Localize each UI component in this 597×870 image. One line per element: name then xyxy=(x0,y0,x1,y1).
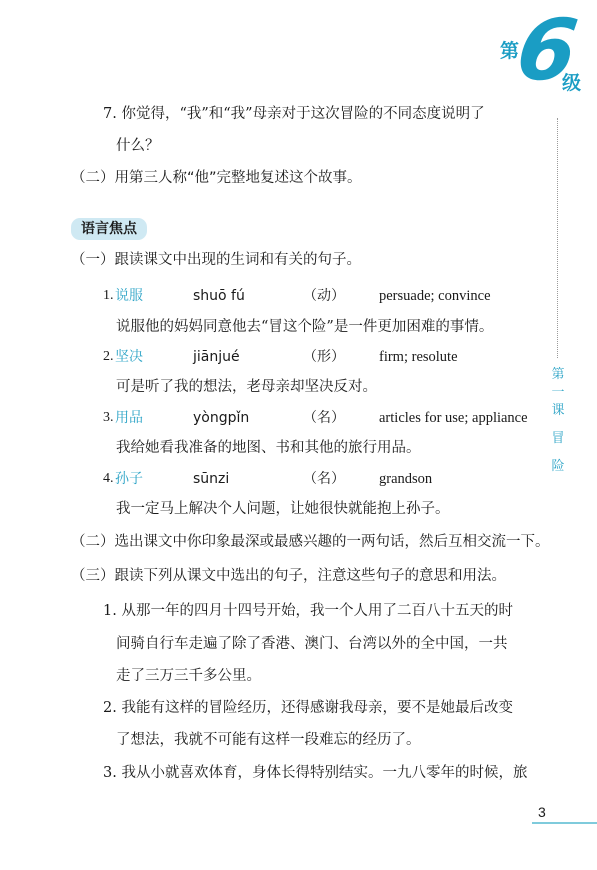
part3-label: （三） xyxy=(71,568,115,584)
side-dotted-divider xyxy=(557,118,558,358)
sentence-2-line2: 了想法，我就不可能有这样一段难忘的经历了。 xyxy=(116,730,421,750)
vocab-part-of-speech: （名） xyxy=(303,469,345,489)
vocab-example: 可是听了我的想法，老母亲却坚决反对。 xyxy=(116,377,377,397)
vocab-pinyin: sūnzi xyxy=(193,469,229,489)
sentence-1-line2: 间骑自行车走遍了除了香港、澳门、台湾以外的全中国，一共 xyxy=(116,634,508,654)
vocab-item: 4. 孙子 sūnzi （名） grandson xyxy=(103,469,523,489)
vocab-item: 2. 坚决 jiānjué （形） firm; resolute xyxy=(103,347,523,367)
retell-label: （二） xyxy=(71,170,115,186)
vocab-english: firm; resolute xyxy=(379,347,458,367)
vocab-part-of-speech: （名） xyxy=(303,408,345,428)
vocab-item: 3. 用品 yòngpǐn （名） articles for use; appl… xyxy=(103,408,533,428)
vocab-example: 说服他的妈妈同意他去“冒这个险”是一件更加困难的事情。 xyxy=(116,317,493,337)
vocab-english: grandson xyxy=(379,469,432,489)
level-suffix: 级 xyxy=(562,68,581,95)
level-badge: 第 6 级 xyxy=(500,6,597,116)
side-label-char: 险 xyxy=(549,456,567,478)
vocab-number: 1. xyxy=(103,286,114,306)
sentence-2-line1: 2. 我能有这样的冒险经历，还得感谢我母亲，要不是她最后改变 xyxy=(103,698,513,718)
vocab-pinyin: shuō fú xyxy=(193,286,245,306)
vocab-word: 坚决 xyxy=(115,347,143,367)
textbook-page: 第 6 级 第 一 课 冒 险 7. 你觉得，“我”和“我”母亲对于这次冒险的不… xyxy=(0,0,597,870)
part1-text: 跟读课文中出现的生词和有关的句子。 xyxy=(115,252,362,268)
vocab-pinyin: jiānjué xyxy=(193,347,240,367)
part2-label: （二） xyxy=(71,534,115,550)
sentence-3-line1: 3. 我从小就喜欢体育，身体长得特别结实。一九八零年的时候，旅 xyxy=(103,763,527,783)
vocab-word: 说服 xyxy=(115,286,143,306)
vocab-word: 孙子 xyxy=(115,469,143,489)
side-label-char: 第 xyxy=(549,364,567,386)
side-label-char: 一 xyxy=(549,386,567,400)
vocab-english: articles for use; appliance xyxy=(379,408,528,428)
sentence-1-line3: 走了三万三千多公里。 xyxy=(116,666,261,686)
vocab-word: 用品 xyxy=(115,408,143,428)
page-number: 3 xyxy=(538,804,546,820)
lesson-side-label: 第 一 课 冒 险 xyxy=(549,364,567,478)
page-number-underline xyxy=(532,822,597,824)
vocab-pinyin: yòngpǐn xyxy=(193,408,249,428)
vocab-number: 4. xyxy=(103,469,114,489)
vocab-example: 我给她看我准备的地图、书和其他的旅行用品。 xyxy=(116,438,421,458)
part3-instruction: （三）跟读下列从课文中选出的句子，注意这些句子的意思和用法。 xyxy=(71,566,506,586)
vocab-number: 3. xyxy=(103,408,114,428)
vocab-item: 1. 说服 shuō fú （动） persuade; convince xyxy=(103,286,523,306)
vocab-example: 我一定马上解决个人问题，让她很快就能抱上孙子。 xyxy=(116,499,450,519)
part1-instruction: （一）跟读课文中出现的生词和有关的句子。 xyxy=(71,250,361,270)
side-label-char: 课 xyxy=(549,400,567,422)
retell-text: 用第三人称“他”完整地复述这个故事。 xyxy=(115,170,362,186)
section-title-language-focus: 语言焦点 xyxy=(71,218,147,240)
retell-instruction: （二）用第三人称“他”完整地复述这个故事。 xyxy=(79,168,362,188)
question-7-line1: 7. 你觉得，“我”和“我”母亲对于这次冒险的不同态度说明了 xyxy=(103,104,485,124)
vocab-english: persuade; convince xyxy=(379,286,491,306)
part2-instruction: （二）选出课文中你印象最深或最感兴趣的一两句话，然后互相交流一下。 xyxy=(71,532,550,552)
vocab-part-of-speech: （形） xyxy=(303,347,345,367)
part2-text: 选出课文中你印象最深或最感兴趣的一两句话，然后互相交流一下。 xyxy=(115,534,550,550)
part1-label: （一） xyxy=(71,252,115,268)
vocab-part-of-speech: （动） xyxy=(303,286,345,306)
side-label-char: 冒 xyxy=(549,428,567,450)
question-7-line2: 什么？ xyxy=(116,136,160,156)
vocab-number: 2. xyxy=(103,347,114,367)
sentence-1-line1: 1. 从那一年的四月十四号开始，我一个人用了二百八十五天的时 xyxy=(103,601,513,621)
part3-text: 跟读下列从课文中选出的句子，注意这些句子的意思和用法。 xyxy=(115,568,507,584)
